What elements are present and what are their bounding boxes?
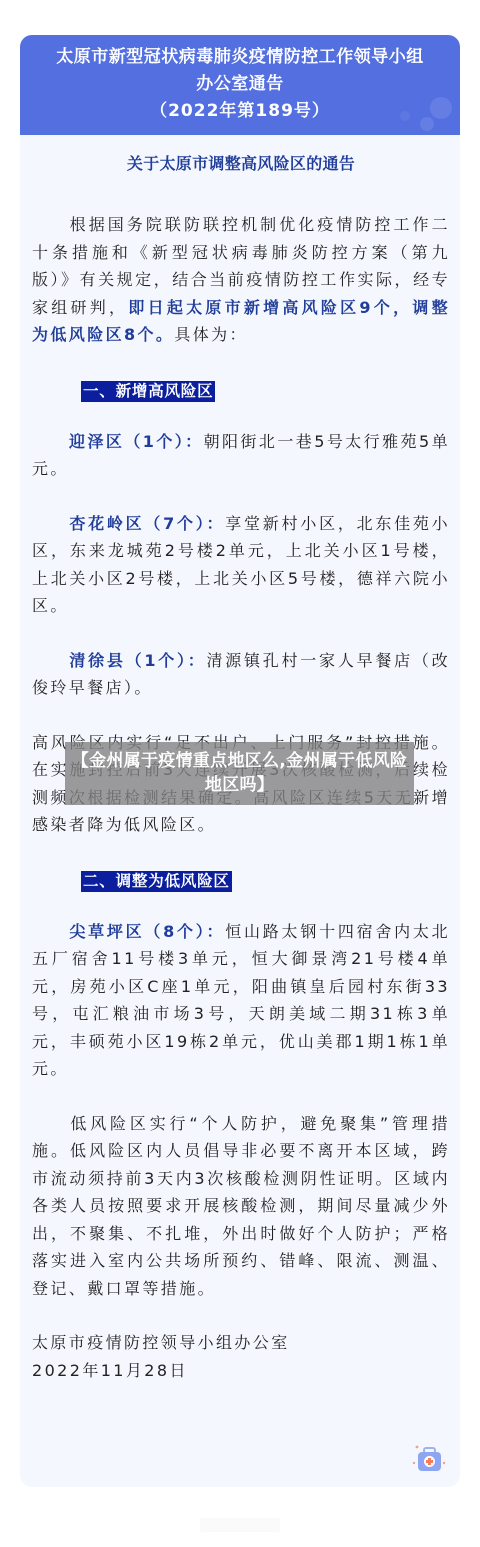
header-issue-number: （2022年第189号） bbox=[20, 98, 460, 125]
decorative-bubble bbox=[420, 117, 434, 131]
district-entry: 尖草坪区（8个）：恒山路太钢十四宿舍内太北五厂宿舍11号楼3单元，恒大御景湾21… bbox=[32, 918, 450, 1083]
measures-text: 低风险区实行“个人防护，避免聚集”管理措施。低风险区内人员倡导非必要不离开本区域… bbox=[32, 1114, 450, 1298]
decorative-bubble bbox=[400, 111, 410, 121]
signature-date: 2022年11月28日 bbox=[32, 1357, 450, 1385]
notice-header: 太原市新型冠状病毒肺炎疫情防控工作领导小组 办公室通告 （2022年第189号） bbox=[20, 35, 460, 135]
district-detail: 恒山路太钢十四宿舍内太北五厂宿舍11号楼3单元，恒大御景湾21号楼4单元，房苑小… bbox=[32, 922, 450, 1079]
district-entry: 迎泽区（1个）：朝阳街北一巷5号太行雅苑5单元。 bbox=[32, 428, 450, 483]
district-name: 清徐县（1个）： bbox=[69, 651, 207, 670]
section-heading-downgraded-low-risk: 二、调整为低风险区 bbox=[81, 871, 232, 892]
decorative-bubble bbox=[430, 97, 452, 119]
signature-office: 太原市疫情防控领导小组办公室 bbox=[32, 1329, 450, 1357]
district-entry: 杏花岭区（7个）：享堂新村小区，北东佳苑小区，东来龙城苑2号楼2单元，上北关小区… bbox=[32, 510, 450, 620]
district-name: 尖草坪区（8个）： bbox=[69, 922, 225, 941]
notice-title: 关于太原市调整高风险区的通告 bbox=[32, 151, 450, 174]
intro-tail: 具体为： bbox=[174, 325, 248, 344]
header-title-line1: 太原市新型冠状病毒肺炎疫情防控工作领导小组 bbox=[20, 44, 460, 71]
section-heading-new-high-risk: 一、新增高风险区 bbox=[81, 381, 215, 402]
faint-watermark bbox=[200, 1518, 280, 1532]
district-name: 迎泽区（1个）： bbox=[69, 432, 204, 451]
medical-kit-icon bbox=[412, 1443, 446, 1473]
caption-overlay: 【金州属于疫情重点地区么,金州属于低风险地区吗】 bbox=[65, 742, 414, 805]
district-name: 杏花岭区（7个）： bbox=[69, 514, 225, 533]
district-entry: 清徐县（1个）：清源镇孔村一家人早餐店（改俊玲早餐店）。 bbox=[32, 647, 450, 702]
header-title-line2: 办公室通告 bbox=[20, 71, 460, 98]
intro-paragraph: 根据国务院联防联控机制优化疫情防控工作二十条措施和《新型冠状病毒肺炎防控方案（第… bbox=[32, 211, 450, 349]
low-risk-measures: 低风险区实行“个人防护，避免聚集”管理措施。低风险区内人员倡导非必要不离开本区域… bbox=[32, 1110, 450, 1303]
